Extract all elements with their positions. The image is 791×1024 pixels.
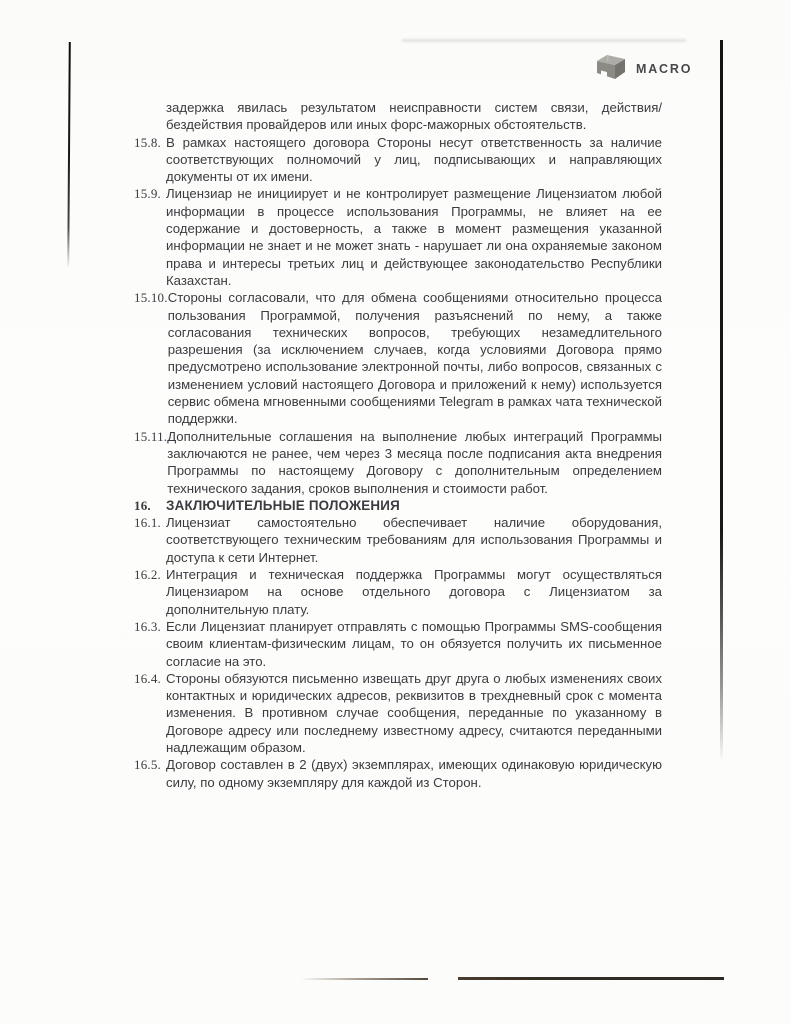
clause-text: Если Лицензиат планирует отправлять с по… <box>166 618 662 670</box>
paper-edge-left <box>67 42 71 268</box>
section-heading-text: ЗАКЛЮЧИТЕЛЬНЫЕ ПОЛОЖЕНИЯ <box>166 497 662 514</box>
clause-16-5: 16.5. Договор составлен в 2 (двух) экзем… <box>134 756 662 791</box>
clause-15-11: 15.11. Дополнительные соглашения на выпо… <box>134 428 662 497</box>
contract-text-block: задержка явилась результатом неисправнос… <box>134 99 662 791</box>
clause-16-4: 16.4. Стороны обязуются письменно извеща… <box>134 670 662 756</box>
clause-text: Лицензиат самостоятельно обеспечивает на… <box>166 514 662 566</box>
clause-15-10: 15.10. Стороны согласовали, что для обме… <box>134 289 662 427</box>
scan-smudge <box>402 39 686 42</box>
clause-text: задержка явилась результатом неисправнос… <box>166 99 662 134</box>
macro-logo-icon <box>594 50 628 82</box>
clause-number: 16.3. <box>134 618 166 635</box>
clause-text: Лицензиар не инициирует и не контролируе… <box>166 185 662 289</box>
clause-number: 16.2. <box>134 566 166 583</box>
clause-number: 15.9. <box>134 185 166 202</box>
clause-number: 16.4. <box>134 670 166 687</box>
clause-number: 15.8. <box>134 134 166 151</box>
clause-text: Стороны обязуются письменно извещать дру… <box>166 670 662 756</box>
section-heading-final-provisions: 16. ЗАКЛЮЧИТЕЛЬНЫЕ ПОЛОЖЕНИЯ <box>134 497 662 514</box>
clause-text: В рамках настоящего договора Стороны нес… <box>166 134 662 186</box>
paper-edge-bottom <box>300 978 428 980</box>
clause-text: Договор составлен в 2 (двух) экземплярах… <box>166 756 662 791</box>
clause-16-1: 16.1. Лицензиат самостоятельно обеспечив… <box>134 514 662 566</box>
clause-text: Стороны согласовали, что для обмена сооб… <box>168 289 662 427</box>
continuation-paragraph: задержка явилась результатом неисправнос… <box>134 99 662 134</box>
clause-15-8: 15.8. В рамках настоящего договора Сторо… <box>134 134 662 186</box>
clause-number: 15.10. <box>134 289 168 306</box>
clause-text: Дополнительные соглашения на выполнение … <box>167 428 662 497</box>
macro-logo: MACRO <box>594 50 692 82</box>
section-number: 16. <box>134 497 166 514</box>
scanned-document-page: MACRO задержка явилась результатом неисп… <box>0 0 791 1024</box>
clause-text: Интеграция и техническая поддержка Прогр… <box>166 566 662 618</box>
clause-15-9: 15.9. Лицензиар не инициирует и не контр… <box>134 185 662 289</box>
clause-number: 16.5. <box>134 756 166 773</box>
paper-edge-right <box>720 40 723 762</box>
clause-16-3: 16.3. Если Лицензиат планирует отправлят… <box>134 618 662 670</box>
clause-number: 16.1. <box>134 514 166 531</box>
brand-name: MACRO <box>636 62 692 76</box>
paper-edge-bottom <box>458 977 724 980</box>
clause-number: 15.11. <box>134 428 167 445</box>
clause-16-2: 16.2. Интеграция и техническая поддержка… <box>134 566 662 618</box>
